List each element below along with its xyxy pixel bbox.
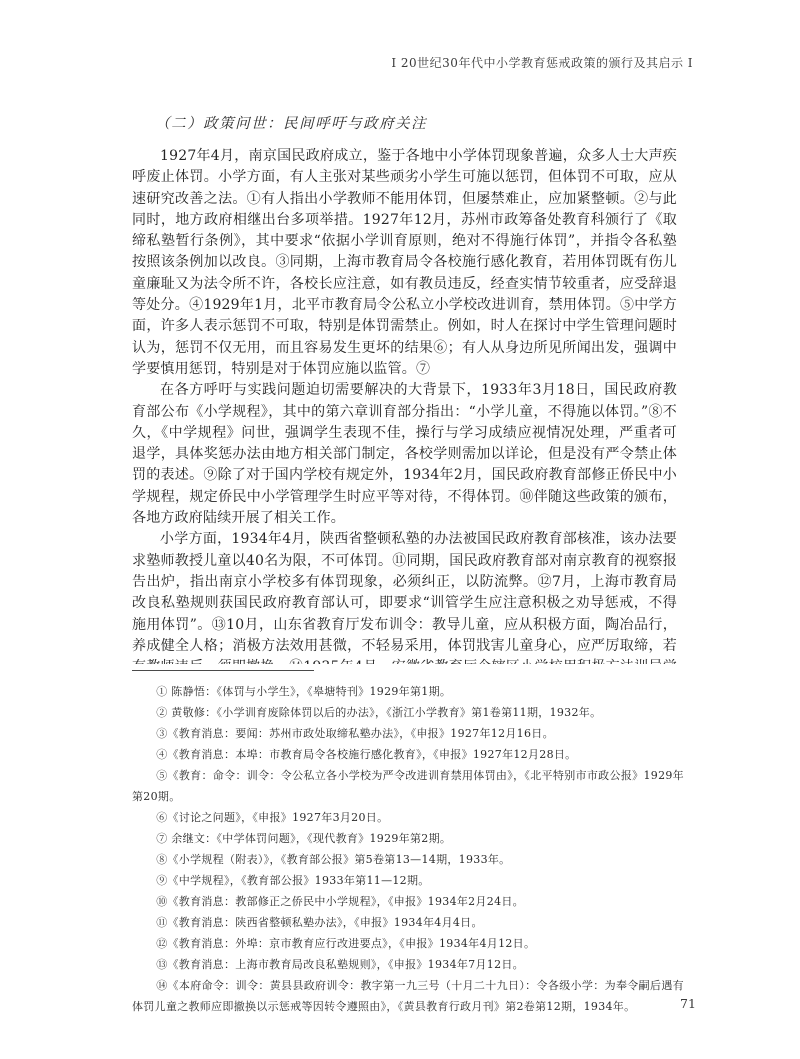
footnote-8: ⑧《小学规程（附表）》，《教育部公报》第5卷第13—14期，1933年。 (132, 849, 684, 870)
document-page: Ⅰ 20世纪30年代中小学教育惩戒政策的颁行及其启示 Ⅰ （二）政策问世：民间呼… (0, 0, 800, 1059)
footnote-11: ⑪《教育消息：陕西省整顿私塾办法》，《申报》1934年4月4日。 (132, 912, 684, 933)
footnote-2: ② 黄敬修：《小学训育废除体罚以后的办法》，《浙江小学教育》第1卷第11期，19… (132, 702, 684, 723)
section-heading: （二）政策问世：民间呼吁与政府关注 (132, 112, 677, 133)
footnote-10: ⑩《教育消息：教部修正之侨民中小学规程》，《申报》1934年2月24日。 (132, 891, 684, 912)
body-paragraph-3: 小学方面，1934年4月，陕西省整顿私塾的办法被国民政府教育部核准，该办法要求塾… (132, 529, 677, 664)
body-paragraph-2: 在各方呼吁与实践问题迫切需要解决的大背景下，1933年3月18日，国民政府教育部… (132, 380, 677, 529)
content-area: （二）政策问世：民间呼吁与政府关注 1927年4月，南京国民政府成立，鉴于各地中… (132, 112, 677, 664)
page-number: 71 (680, 996, 696, 1011)
footnote-13: ⑬《教育消息：上海市教育局改良私塾规则》，《申报》1934年7月12日。 (132, 954, 684, 975)
footnote-4: ④《教育消息：本埠：市教育局令各校施行感化教育》，《申报》1927年12月28日… (132, 744, 684, 765)
footnote-6: ⑥《讨论之问题》，《申报》1927年3月20日。 (132, 807, 684, 828)
footnote-14: ⑭《本府命令：训令：黄县县政府训令：教字第一九三号（十月二十九日）：令各级小学：… (132, 975, 684, 1017)
footnote-7: ⑦ 余继文：《中学体罚问题》，《现代教育》1929年第2期。 (132, 828, 684, 849)
running-header: Ⅰ 20世纪30年代中小学教育惩戒政策的颁行及其启示 Ⅰ (391, 54, 693, 71)
footnote-9: ⑨《中学规程》，《教育部公报》1933年第11—12期。 (132, 870, 684, 891)
footnote-area: ① 陈静悟：《体罚与小学生》，《皋塘特刊》1929年第1期。 ② 黄敬修：《小学… (132, 670, 684, 1017)
body-paragraph-1: 1927年4月，南京国民政府成立，鉴于各地中小学体罚现象普遍，众多人士大声疾呼废… (132, 146, 677, 380)
footnote-divider (132, 670, 314, 671)
footnote-5: ⑤《教育：命令：训令：令公私立各小学校为严令改进训育禁用体罚由》，《北平特别市市… (132, 765, 684, 807)
footnote-1: ① 陈静悟：《体罚与小学生》，《皋塘特刊》1929年第1期。 (132, 681, 684, 702)
footnote-3: ③《教育消息：要闻：苏州市政处取缔私塾办法》，《申报》1927年12月16日。 (132, 723, 684, 744)
footnote-12: ⑫《教育消息：外埠：京市教育应行改进要点》，《申报》1934年4月12日。 (132, 933, 684, 954)
